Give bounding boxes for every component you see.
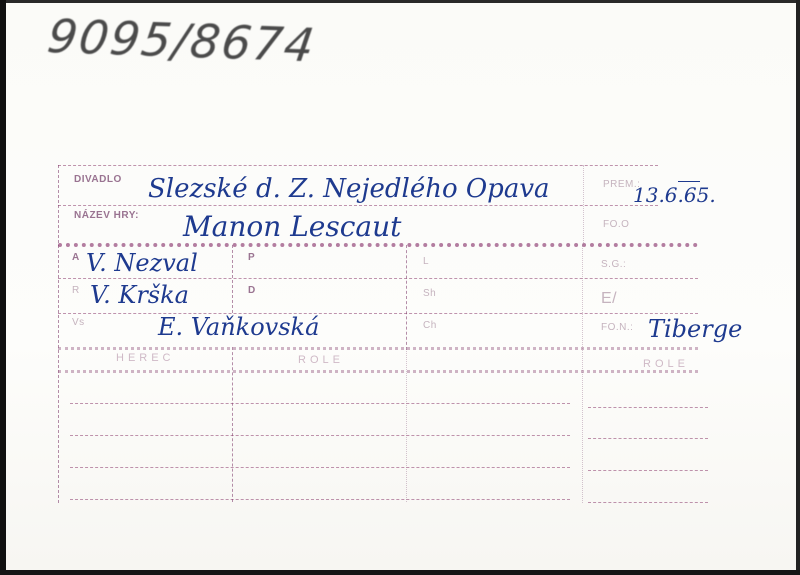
header-herec: HEREC <box>116 352 175 364</box>
label-r: R <box>72 285 80 296</box>
table-row <box>70 435 570 436</box>
divider <box>582 245 583 503</box>
table-row <box>588 502 708 503</box>
table-row <box>70 467 570 468</box>
divider <box>232 245 233 313</box>
divider <box>406 347 407 502</box>
label-a: A <box>72 252 80 263</box>
header-role-right: ROLE <box>643 358 689 370</box>
value-divadlo: Slezské d. Z. Nejedlého Opava <box>148 174 550 204</box>
table-row <box>588 438 708 439</box>
label-d: D <box>248 285 256 296</box>
value-director: V. Krška <box>90 281 189 309</box>
label-l: L <box>423 256 429 267</box>
divider <box>58 347 698 350</box>
divider <box>583 165 584 245</box>
divider <box>58 278 698 279</box>
divider <box>406 245 407 350</box>
label-e: E/ <box>601 290 617 308</box>
scan-border-bottom <box>0 570 800 575</box>
value-premiera: 13.6.65. <box>633 183 716 207</box>
divider <box>58 243 698 247</box>
label-fo-n: FO.N.: <box>601 322 633 333</box>
label-divadlo: DIVADLO <box>74 174 122 185</box>
divider <box>232 347 233 502</box>
theater-record-stamp: DIVADLO NÁZEV HRY: PREM.: FO.O Slezské d… <box>58 165 718 505</box>
label-sh: Sh <box>423 288 436 299</box>
divider <box>58 313 698 314</box>
table-row <box>588 470 708 471</box>
value-fo-n: Tiberge <box>648 315 742 343</box>
table-row <box>588 407 708 408</box>
label-nazev-hry: NÁZEV HRY: <box>74 210 139 221</box>
scan-border-right <box>796 0 800 575</box>
value-author: V. Nezval <box>86 249 198 277</box>
table-row <box>70 403 570 404</box>
table-row <box>70 499 570 500</box>
divider <box>58 165 658 166</box>
divider <box>58 205 658 206</box>
label-ch: Ch <box>423 320 437 331</box>
archive-reference-number: 9095/8674 <box>44 9 319 72</box>
value-costume-designer: E. Vaňkovská <box>158 313 319 341</box>
premiera-overline <box>678 181 700 182</box>
label-sg: S.G.: <box>601 259 626 270</box>
stamp-left-border <box>58 165 59 503</box>
label-foto: FO.O <box>603 219 629 230</box>
label-p: P <box>248 252 255 263</box>
value-nazev-hry: Manon Lescaut <box>183 210 401 243</box>
label-vs: Vs <box>72 317 85 328</box>
header-role-left: ROLE <box>298 354 344 366</box>
divider <box>58 370 698 373</box>
